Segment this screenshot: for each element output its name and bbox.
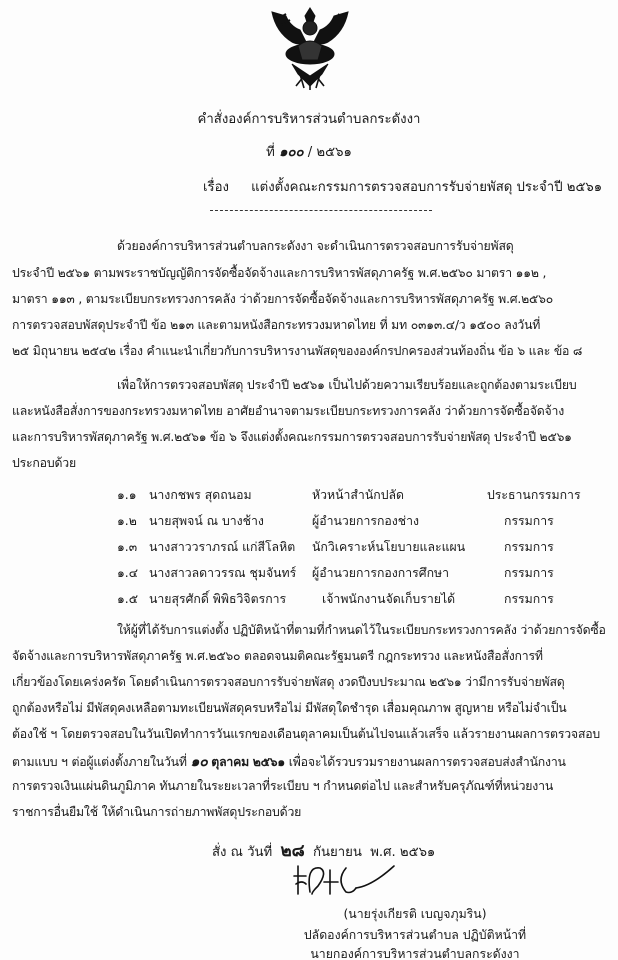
member-index: ๑.๓	[117, 538, 137, 557]
paragraph3-line: จัดจ้างและการบริหารพัสดุภาครัฐ พ.ศ.๒๕๖๐ …	[12, 647, 543, 666]
document-title: คำสั่งองค์การบริหารส่วนตำบลกระดังงา	[0, 108, 618, 129]
order-date-year: ๒๕๖๑	[400, 845, 435, 860]
order-date-day: ๒๘	[280, 841, 304, 861]
order-number-value: ๑๐๐	[279, 145, 303, 160]
member-role: กรรมการ	[504, 512, 554, 531]
member-name: นายสุพจน์ ณ บางช้าง	[149, 512, 264, 531]
member-name: นางกชพร สุดถนอม	[149, 486, 252, 505]
order-number: ที่ ๑๐๐ / ๒๕๖๑	[0, 141, 618, 162]
member-name: นายสุรศักดิ์ พิพิธวิจิตรการ	[149, 590, 286, 609]
order-date-month: กันยายน	[313, 845, 362, 860]
document-page: คำสั่งองค์การบริหารส่วนตำบลกระดังงา ที่ …	[0, 0, 618, 960]
order-date: สั่ง ณ วันที่ ๒๘ กันยายน พ.ศ. ๒๕๖๑	[212, 837, 435, 864]
member-position: ผู้อำนวยการกองช่าง	[312, 512, 419, 531]
deadline-before: ตามแบบ ฯ ต่อผู้แต่งตั้งภายในวันที่	[12, 755, 187, 769]
member-name: นางสาววราภรณ์ แก่สีโลหิต	[149, 538, 295, 557]
paragraph1-line: การตรวจสอบพัสดุประจำปี ข้อ ๒๑๓ และตามหนั…	[12, 316, 540, 335]
member-name: นางสาวลดาวรรณ ชุมจันทร์	[149, 564, 296, 583]
signature-icon	[290, 862, 400, 902]
deadline-after: เพื่อจะได้รวบรวมรายงานผลการตรวจสอบส่งสำน…	[289, 755, 566, 769]
signatory-title-line2: นายกองค์การบริหารส่วนตำบลกระดังงา	[106, 945, 618, 960]
member-role: กรรมการ	[504, 590, 554, 609]
member-role: ประธานกรรมการ	[487, 486, 581, 505]
member-index: ๑.๔	[117, 564, 138, 583]
member-index: ๑.๑	[117, 486, 137, 505]
paragraph3-line: ต้องใช้ ฯ โดยตรวจสอบในวันเปิดทำการวันแรก…	[12, 725, 600, 744]
order-date-year-label: พ.ศ.	[370, 845, 395, 860]
paragraph3-line: ให้ผู้ที่ได้รับการแต่งตั้ง ปฏิบัติหน้าที…	[117, 621, 606, 640]
paragraph1-line: มาตรา ๑๑๓ , ตามระเบียบกระทรวงการคลัง ว่า…	[12, 290, 553, 309]
order-date-prefix: สั่ง ณ วันที่	[212, 845, 272, 860]
paragraph3-line: เกี่ยวข้องโดยเคร่งครัด โดยดำเนินการตรวจส…	[12, 673, 565, 692]
paragraph3-line: ถูกต้องหรือไม่ มีพัสดุคงเหลือตามทะเบียนพ…	[12, 699, 567, 718]
member-index: ๑.๒	[117, 512, 137, 531]
member-position: เจ้าพนักงานจัดเก็บรายได้	[322, 590, 455, 609]
paragraph2-line: ประกอบด้วย	[12, 454, 76, 473]
deadline-year: ๒๕๖๑	[253, 755, 285, 769]
signatory-name: (นายรุ่งเกียรติ เบญจภุมริน)	[106, 905, 618, 924]
garuda-emblem-icon	[262, 2, 358, 92]
subject-line: เรื่อง แต่งตั้งคณะกรรมการตรวจสอบการรับจ่…	[203, 176, 602, 197]
member-role: กรรมการ	[504, 538, 554, 557]
paragraph3-line: ตามแบบ ฯ ต่อผู้แต่งตั้งภายในวันที่ ๑๐ ตุ…	[12, 751, 566, 773]
paragraph1-line: ประจำปี ๒๕๖๑ ตามพระราชบัญญัติการจัดซื้อจ…	[12, 264, 546, 283]
paragraph2-line: และการบริหารพัสดุภาครัฐ พ.ศ.๒๕๖๑ ข้อ ๖ จ…	[12, 428, 572, 447]
member-role: กรรมการ	[504, 564, 554, 583]
member-position: หัวหน้าสำนักปลัด	[312, 486, 404, 505]
order-number-year: / ๒๕๖๑	[308, 145, 352, 160]
paragraph1-line: ๒๕ มิถุนายน ๒๕๔๒ เรื่อง คำแนะนำเกี่ยวกับ…	[12, 342, 582, 361]
paragraph2-line: และหนังสือสั่งการของกระทรวงมหาดไทย อาศัย…	[12, 402, 564, 421]
deadline-month: ตุลาคม	[211, 755, 249, 769]
paragraph3-line: การตรวจเงินแผ่นดินภูมิภาค ทันภายในระยะเว…	[12, 777, 553, 796]
member-position: นักวิเคราะห์นโยบายและแผน	[312, 538, 465, 557]
member-position: ผู้อำนวยการกองการศึกษา	[312, 564, 449, 583]
member-index: ๑.๕	[117, 590, 138, 609]
paragraph2-line: เพื่อให้การตรวจสอบพัสดุ ประจำปี ๒๕๖๑ เป็…	[117, 376, 576, 395]
order-number-prefix: ที่	[266, 145, 275, 160]
deadline-day: ๑๐	[191, 754, 208, 770]
divider	[210, 210, 432, 211]
paragraph3-line: ราชการอื่นยืมใช้ ให้ดำเนินการถ่ายภาพพัสด…	[12, 803, 301, 822]
subject-text: แต่งตั้งคณะกรรมการตรวจสอบการรับจ่ายพัสดุ…	[251, 180, 602, 195]
paragraph1-line: ด้วยองค์การบริหารส่วนตำบลกระดังงา จะดำเน…	[117, 237, 514, 256]
subject-label: เรื่อง	[203, 180, 229, 195]
signatory-title-line1: ปลัดองค์การบริหารส่วนตำบล ปฏิบัติหน้าที่	[106, 926, 618, 945]
